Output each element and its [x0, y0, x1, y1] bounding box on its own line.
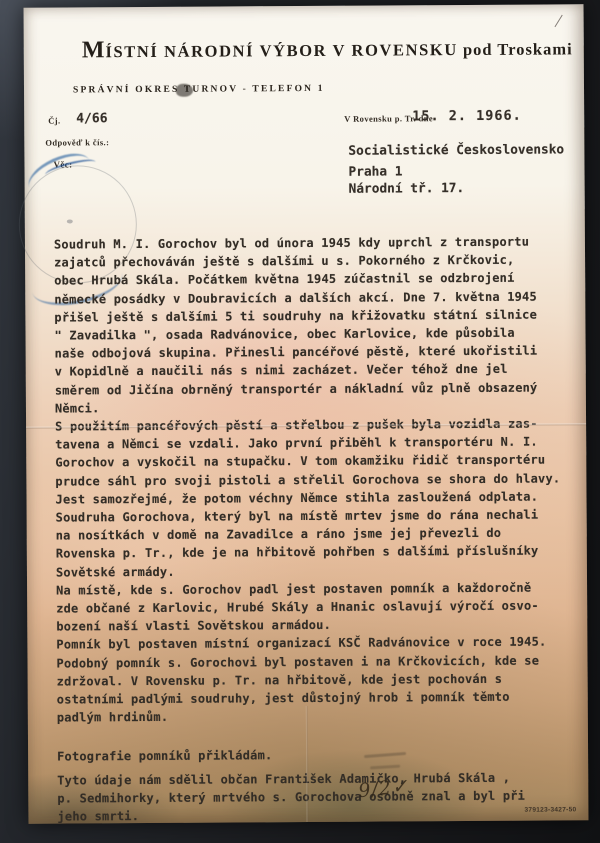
letter-page: Místní národní výbor v Rovensku pod Tros…	[24, 4, 589, 823]
print-code: 379123-3427-50	[524, 806, 576, 813]
reply-to-label: Odpověď k čís.:	[45, 137, 109, 147]
recipient-line: Socialistické Československo	[348, 141, 564, 159]
body-paragraph: Pomník byl postaven místní organizací KS…	[56, 633, 589, 727]
body-paragraph: Na místě, kde s. Gorochov padl jest post…	[56, 578, 588, 636]
pencil-mark-icon	[555, 15, 563, 27]
body-paragraph: Fotografie pomníků přikládám.	[57, 745, 589, 766]
recipient-address: Socialistické Československo Praha 1 Nár…	[348, 141, 564, 197]
ref-number-label: Čj.	[48, 115, 60, 125]
body-paragraph: S použitím pancéřových pěstí a střelbou …	[55, 414, 588, 581]
ink-smudge	[176, 84, 193, 97]
stamp-ink-dot	[67, 219, 73, 223]
letterhead-org-name: ístní národní výbor v Rovensku	[105, 40, 458, 61]
date-value: 15. 2. 1966.	[412, 108, 522, 125]
letter-body: Soudruh M. I. Gorochov byl od února 1945…	[54, 232, 590, 826]
letterhead-initial: M	[82, 37, 106, 63]
body-paragraph: Soudruh M. I. Gorochov byl od února 1945…	[54, 232, 587, 417]
recipient-line: Národní tř. 17.	[349, 179, 565, 197]
letterhead-subtitle: SPRÁVNÍ OKRES TURNOV - TELEFON 1	[73, 84, 325, 96]
ref-number-value: 4/66	[76, 111, 107, 126]
letterhead-title: Místní národní výbor v Rovensku pod Tros…	[82, 34, 573, 64]
letterhead-org-suffix: pod Troskami	[458, 39, 573, 59]
body-paragraph: Tyto údaje nám sdělil občan František Ad…	[57, 768, 589, 826]
recipient-line: Praha 1	[348, 162, 564, 180]
